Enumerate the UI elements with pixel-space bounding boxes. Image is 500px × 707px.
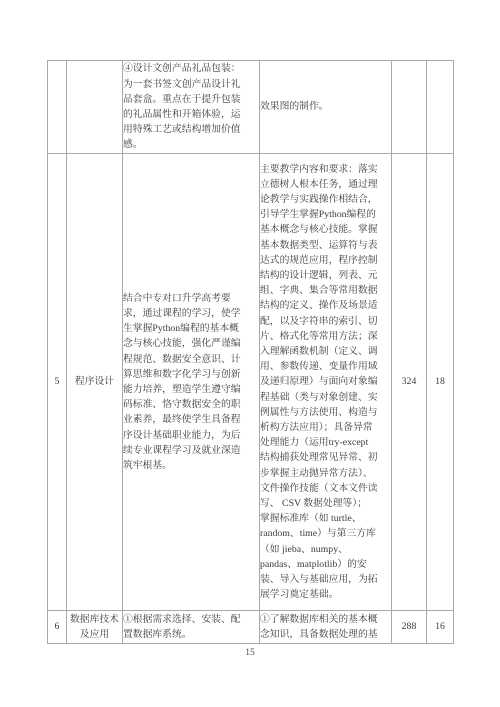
hours-cell: 288: [392, 611, 427, 644]
teaching-requirements-cell: ①了解数据库相关的基本概 念知识，具备数据处理的基: [260, 611, 392, 644]
teaching-content-cell: 结合中专对口升学高考要 求，通过课程的学习，使学 生掌握Python编程的基本概…: [123, 154, 260, 611]
curriculum-table: ④设计文创产品礼品包装： 为一套书签文创产品设计礼 品套盒。重点在于提升包装 的…: [47, 60, 454, 644]
hours-cell: [392, 61, 427, 154]
row-no-cell: [48, 61, 67, 154]
credits-cell: 18: [427, 154, 454, 611]
course-name-cell: 程序设计: [67, 154, 123, 611]
credits-cell: [427, 61, 454, 154]
document-page: ④设计文创产品礼品包装： 为一套书签文创产品设计礼 品套盒。重点在于提升包装 的…: [0, 0, 500, 707]
table-row-6-database-technology: 6 数据库技术 及应用 ①根据需求选择、安装、配 置数据库系统。 ①了解数据库相…: [48, 611, 454, 644]
table-row-5-program-design: 5 程序设计 结合中专对口升学高考要 求，通过课程的学习，使学 生掌握Pytho…: [48, 154, 454, 611]
table-row-continued-from-previous: ④设计文创产品礼品包装： 为一套书签文创产品设计礼 品套盒。重点在于提升包装 的…: [48, 61, 454, 154]
teaching-requirements-cell: 主要教学内容和要求：落实 立德树人根本任务，通过理 论教学与实践操作相结合， 引…: [260, 154, 392, 611]
credits-cell: 16: [427, 611, 454, 644]
teaching-content-cell: ④设计文创产品礼品包装： 为一套书签文创产品设计礼 品套盒。重点在于提升包装 的…: [123, 61, 260, 154]
page-number: 15: [0, 648, 500, 658]
row-no-cell: 5: [48, 154, 67, 611]
teaching-requirements-cell: 效果图的制作。: [260, 61, 392, 154]
course-name-cell: [67, 61, 123, 154]
row-no-cell: 6: [48, 611, 67, 644]
teaching-content-cell: ①根据需求选择、安装、配 置数据库系统。: [123, 611, 260, 644]
course-name-cell: 数据库技术 及应用: [67, 611, 123, 644]
hours-cell: 324: [392, 154, 427, 611]
